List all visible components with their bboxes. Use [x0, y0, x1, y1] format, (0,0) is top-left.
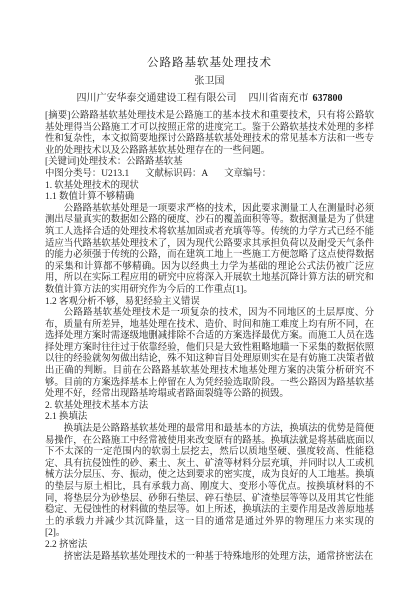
- body-paragraph: 公路路基软基处理是一项要求严格的技术，因此要求测量工人在测量时必须测出尽量真实的…: [45, 204, 374, 297]
- keywords-text: 处理技术：公路路基软基: [79, 157, 182, 167]
- body-paragraph: 挤密法是路基软基处理技术的一种基于特殊地形的处理方法，通常挤密法在: [45, 552, 374, 564]
- doc-code-value: A: [201, 169, 208, 179]
- doc-code-label: 文献标识码：: [145, 169, 201, 179]
- abstract-text: 公路路基软基处理技术是公路施工的基本技术和重要技术，只有将公路软基处理得当公路施…: [45, 111, 374, 156]
- body-paragraph: 公路路基软基处理技术是一项复杂的技术，因为不同地区的土层厚度、分布，质量有所差异…: [45, 308, 374, 401]
- document-code: 文献标识码：A: [145, 169, 208, 179]
- clc-label: 中图分类号：: [45, 169, 101, 179]
- section-heading-1: 1. 软基处理技术的现状: [45, 181, 374, 193]
- author-name: 张卫国: [45, 76, 374, 88]
- subsection-heading-1-2: 1.2 客观分析不够，易犯经验主义错误: [45, 297, 374, 309]
- section-heading-2: 2. 软基处理技术基本方法: [45, 401, 374, 413]
- postal-code: 637800: [313, 93, 343, 104]
- clc-value: U213.1: [101, 169, 129, 179]
- abstract-label: [摘要]: [45, 111, 70, 121]
- abstract: [摘要]公路路基软基处理技术是公路施工的基本技术和重要技术，只有将公路软基处理得…: [45, 111, 374, 157]
- classification-line: 中图分类号：U213.1文献标识码：A文章编号：: [45, 169, 374, 181]
- article-id-label: 文章编号：: [224, 169, 271, 179]
- affiliation-city: 四川省南充市: [249, 93, 309, 104]
- subsection-heading-2-2: 2.2 挤密法: [45, 540, 374, 552]
- keywords-label: [关键词]: [45, 157, 79, 167]
- article-body: [摘要]公路路基软基处理技术是公路施工的基本技术和重要技术，只有将公路软基处理得…: [45, 111, 374, 563]
- affiliation-line: 四川广安华泰交通建设工程有限公司四川省南充市637800: [45, 93, 374, 105]
- subsection-heading-1-1: 1.1 数值计算不够精确: [45, 192, 374, 204]
- paper-title: 公路路基软基处理技术: [45, 56, 374, 70]
- clc-number: 中图分类号：U213.1: [45, 169, 129, 179]
- body-paragraph: 换填法是公路路基软基处理的最常用和最基本的方法，换填法的优势是简便易操作，在公路…: [45, 424, 374, 540]
- article-id: 文章编号：: [224, 169, 271, 179]
- keywords: [关键词]处理技术：公路路基软基: [45, 157, 374, 169]
- subsection-heading-2-1: 2.1 换填法: [45, 412, 374, 424]
- paper-page: 公路路基软基处理技术 张卫国 四川广安华泰交通建设工程有限公司四川省南充市637…: [0, 0, 417, 590]
- affiliation-org: 四川广安华泰交通建设工程有限公司: [77, 93, 237, 104]
